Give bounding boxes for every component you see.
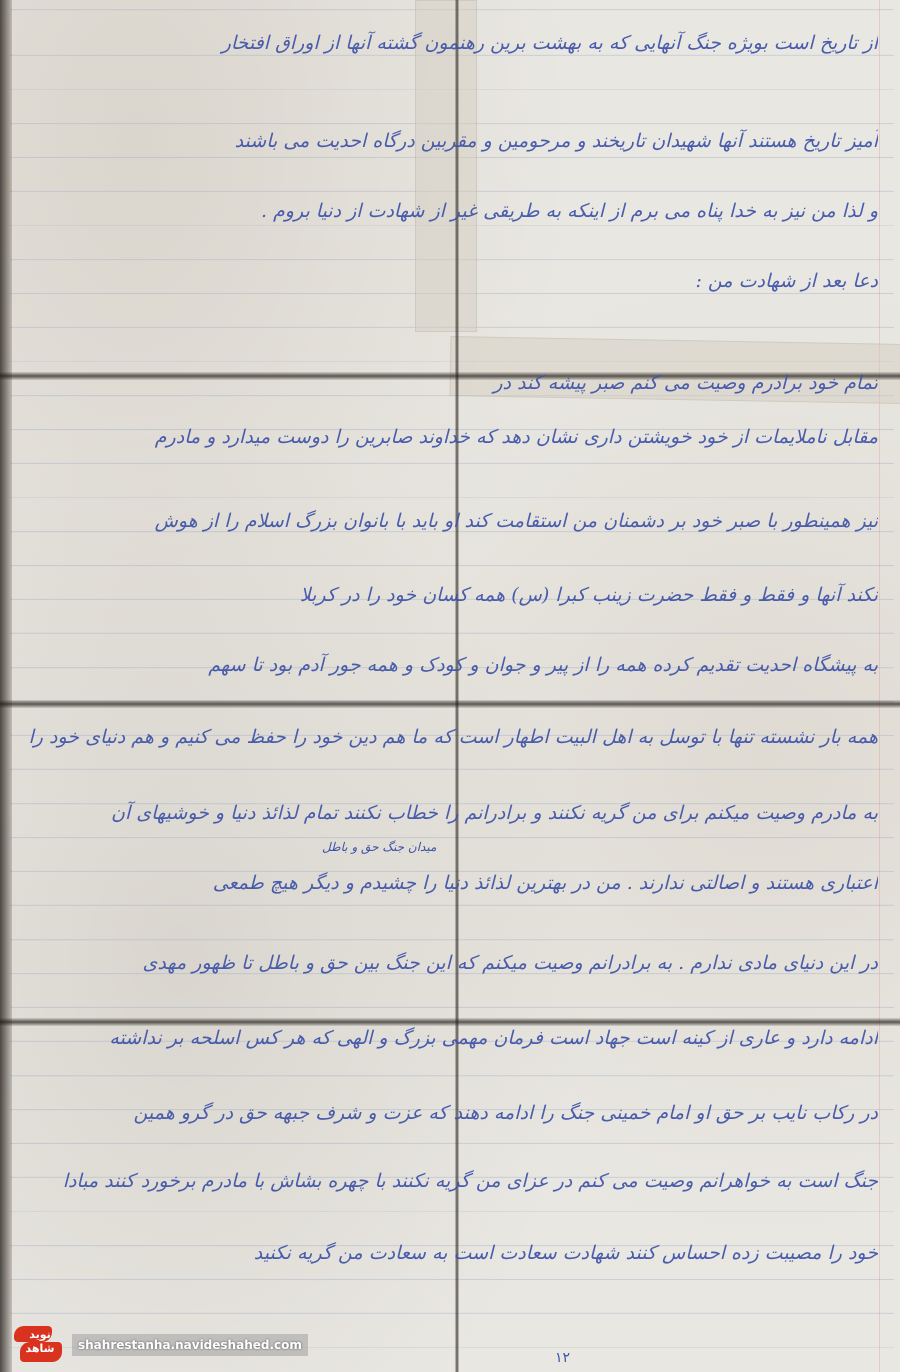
handwritten-line: خود را مصیبت زده احساس کنند شهادت سعادت …	[20, 1240, 878, 1266]
handwritten-line: نکند آنها و فقط و فقط حضرت زینب کبرا (س)…	[20, 582, 878, 608]
handwritten-line: آمیز تاریخ هستند آنها شهیدان تاریخند و م…	[20, 128, 878, 154]
handwritten-line: به پیشگاه احدیت تقدیم کرده همه را از پیر…	[20, 652, 878, 678]
horizontal-fold-crease	[0, 700, 900, 708]
handwritten-line: ادامه دارد و عاری از کینه است جهاد است ف…	[20, 1025, 878, 1051]
torn-left-edge	[0, 0, 12, 1372]
handwritten-line: همه بار نشسته تنها با توسل به اهل البیت …	[20, 724, 878, 750]
margin-line	[879, 0, 880, 1372]
handwritten-line: به مادرم وصیت میکنم برای من گریه نکنند و…	[20, 800, 878, 826]
handwritten-line: تمام خود برادرم وصیت می کنم صبر پیشه کند…	[20, 370, 878, 396]
navideshahed-logo-icon: نوید شاهد	[12, 1322, 70, 1368]
page-number: ۱۲	[555, 1350, 570, 1366]
handwritten-line: مقابل ناملایمات از خود خویشتن داری نشان …	[20, 424, 878, 450]
handwritten-line: نیز همینطور با صبر خود بر دشمنان من استق…	[20, 508, 878, 534]
watermark-url: shahrestanha.navideshahed.com	[72, 1334, 308, 1356]
handwritten-line: در رکاب نایب بر حق او امام خمینی جنگ را …	[20, 1100, 878, 1126]
handwritten-line: دعا بعد از شهادت من :	[20, 268, 878, 294]
logo-text: نوید شاهد	[16, 1328, 64, 1356]
scanned-letter-page: از تاریخ است بویژه جنگ آنهایی که به بهشت…	[0, 0, 900, 1372]
handwritten-line: جنگ است به خواهرانم وصیت می کنم در عزای …	[20, 1168, 878, 1194]
margin-annotation: میدان جنگ حق و باطل	[322, 840, 436, 854]
handwritten-line: از تاریخ است بویژه جنگ آنهایی که به بهشت…	[20, 30, 878, 56]
watermark: نوید شاهد shahrestanha.navideshahed.com	[12, 1322, 308, 1368]
handwritten-line: در این دنیای مادی ندارم . به برادرانم وص…	[20, 950, 878, 976]
handwritten-line: و لذا من نیز به خدا پناه می برم از اینکه…	[20, 198, 878, 224]
handwritten-line: اعتباری هستند و اصالتی ندارند . من در به…	[20, 870, 878, 896]
